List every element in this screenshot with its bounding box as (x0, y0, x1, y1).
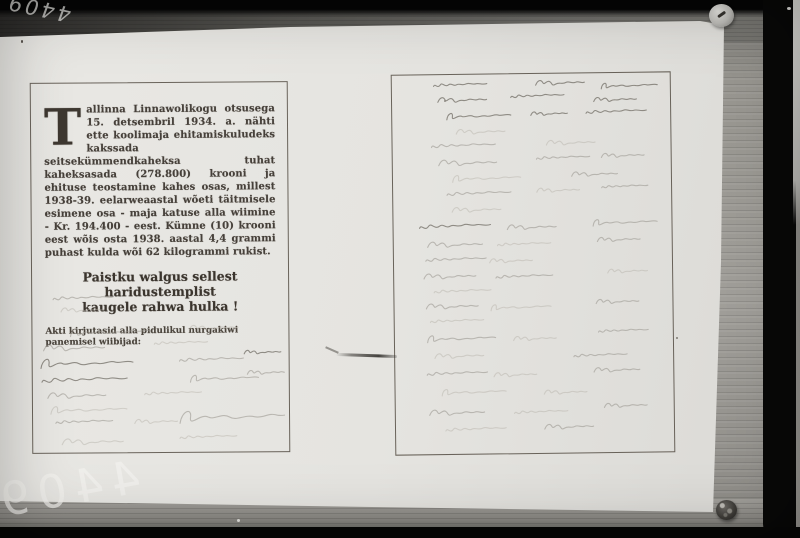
thumbtack-top-right (709, 4, 734, 27)
dust-speck (237, 519, 240, 522)
body-paragraph: Tallinna Linnawolikogu otsusega 15. dets… (31, 82, 288, 260)
thumbtack-bottom-right (716, 500, 737, 520)
dust-speck (676, 337, 678, 339)
paper-crease (336, 353, 397, 358)
left-page-signatures (38, 292, 285, 452)
drop-cap-initial: T (44, 104, 87, 149)
left-page-frame: Tallinna Linnawolikogu otsusega 15. dets… (30, 81, 291, 454)
photo-border-top (0, 0, 800, 17)
dust-speck (444, 100, 446, 102)
photo-paper-edge (793, 0, 800, 225)
right-page-signatures (395, 76, 672, 449)
paper-sheet: Tallinna Linnawolikogu otsusega 15. dets… (0, 0, 732, 518)
dust-speck (21, 40, 23, 43)
right-page-frame (391, 71, 676, 455)
photo-border-right (763, 0, 796, 538)
dust-speck (787, 7, 791, 10)
archival-photo: Tallinna Linnawolikogu otsusega 15. dets… (0, 0, 800, 538)
photo-border-bottom (0, 527, 800, 538)
